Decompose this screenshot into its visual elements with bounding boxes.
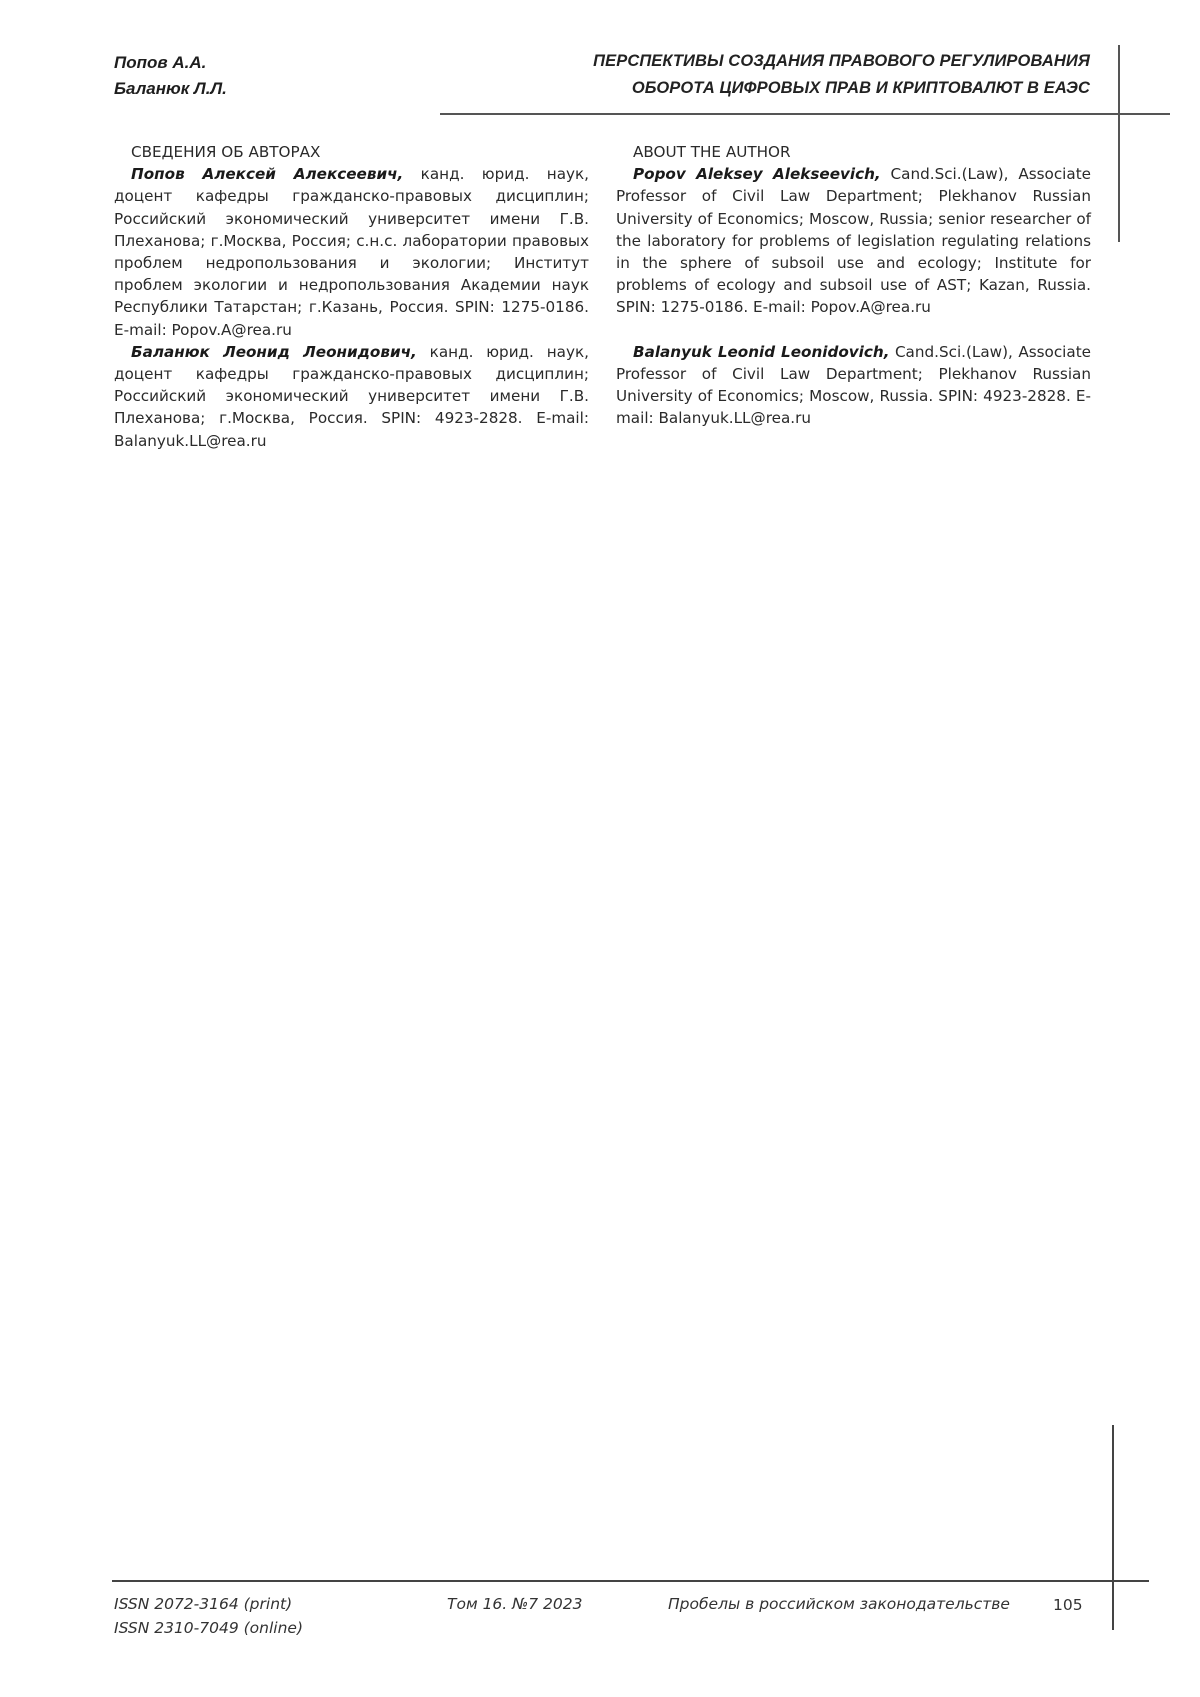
author-details: канд. юрид. наук, доцент кафедры граждан…: [114, 165, 589, 338]
author-entry: Баланюк Леонид Леонидович, канд. юрид. н…: [114, 341, 589, 452]
running-author-2: Баланюк Л.Л.: [114, 76, 227, 102]
running-author-1: Попов А.А.: [114, 50, 227, 76]
header-rule: [440, 113, 1170, 115]
author-entry: Popov Aleksey Alekseevich, Cand.Sci.(Law…: [616, 163, 1091, 318]
section-heading-en: ABOUT THE AUTHOR: [616, 141, 1091, 163]
author-name: Balanyuk Leonid Leonidovich,: [633, 343, 889, 361]
author-details: Cand.Sci.(Law), Associate Professor of C…: [616, 165, 1091, 316]
author-name: Popov Aleksey Alekseevich,: [633, 165, 881, 183]
issn-block: ISSN 2072-3164 (print) ISSN 2310-7049 (o…: [114, 1592, 303, 1640]
author-name: Баланюк Леонид Леонидович,: [131, 343, 417, 361]
running-title-line-1: ПЕРСПЕКТИВЫ СОЗДАНИЯ ПРАВОВОГО РЕГУЛИРОВ…: [593, 48, 1090, 75]
running-authors: Попов А.А. Баланюк Л.Л.: [114, 50, 227, 102]
footer-margin-rule: [1112, 1425, 1114, 1630]
page-number: 105: [1053, 1593, 1083, 1617]
running-title-line-2: ОБОРОТА ЦИФРОВЫХ ПРАВ И КРИПТОВАЛЮТ В ЕА…: [593, 75, 1090, 102]
section-heading-ru: СВЕДЕНИЯ ОБ АВТОРАХ: [114, 141, 589, 163]
authors-info-en: ABOUT THE AUTHOR Popov Aleksey Alekseevi…: [616, 141, 1091, 429]
issn-online: ISSN 2310-7049 (online): [114, 1616, 303, 1640]
volume-issue: Том 16. №7 2023: [447, 1592, 583, 1616]
authors-info-ru: СВЕДЕНИЯ ОБ АВТОРАХ Попов Алексей Алексе…: [114, 141, 589, 452]
author-entry: Попов Алексей Алексеевич, канд. юрид. на…: [114, 163, 589, 341]
footer-rule: [112, 1580, 1149, 1582]
issn-print: ISSN 2072-3164 (print): [114, 1592, 303, 1616]
author-name: Попов Алексей Алексеевич,: [131, 165, 403, 183]
running-title: ПЕРСПЕКТИВЫ СОЗДАНИЯ ПРАВОВОГО РЕГУЛИРОВ…: [593, 48, 1090, 102]
journal-title: Пробелы в российском законодательстве: [668, 1592, 1010, 1616]
header-margin-rule: [1118, 45, 1120, 242]
author-entry: Balanyuk Leonid Leonidovich, Cand.Sci.(L…: [616, 341, 1091, 430]
